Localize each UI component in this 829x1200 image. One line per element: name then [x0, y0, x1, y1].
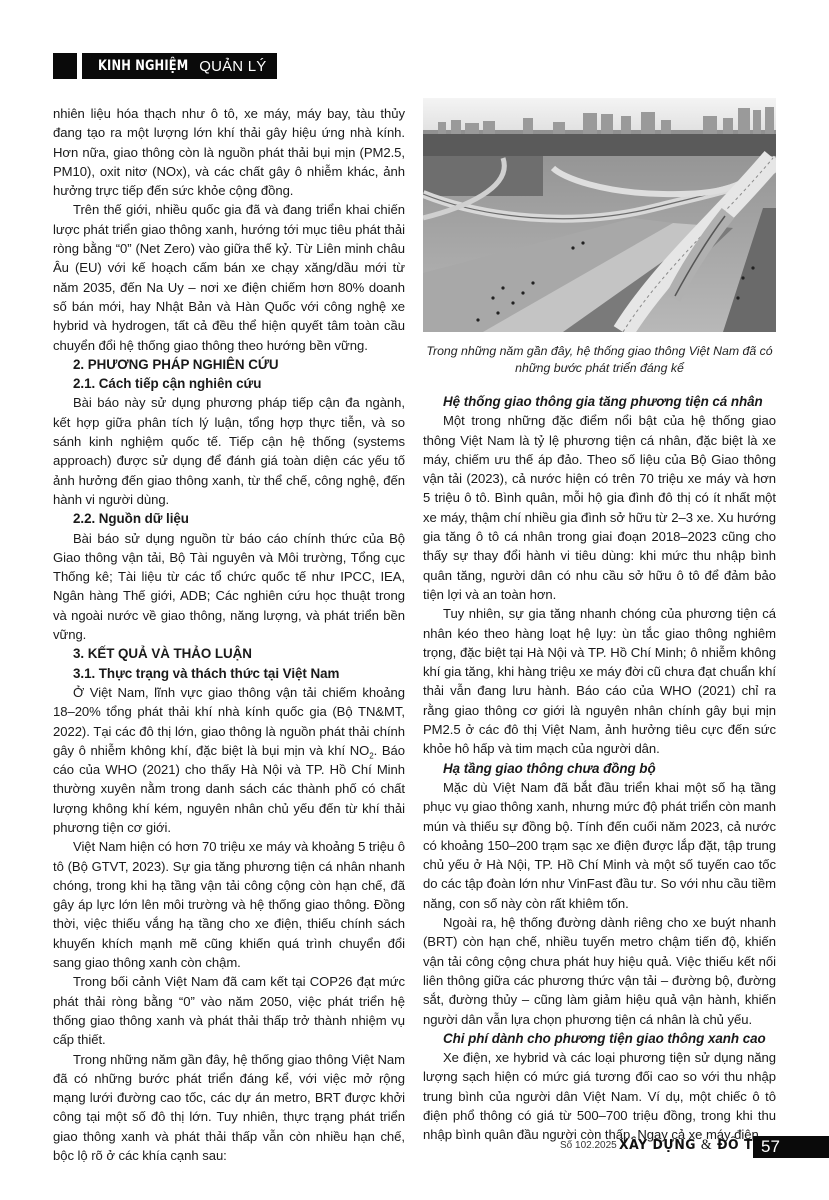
magazine-name: XÂY DỰNG & ĐÔ THỊ — [619, 1137, 769, 1154]
paragraph: Việt Nam hiện có hơn 70 triệu xe máy và … — [53, 837, 405, 972]
paragraph: Trên thế giới, nhiều quốc gia đã và đang… — [53, 200, 405, 354]
highway-interchange-photo — [423, 98, 776, 332]
paragraph: Trong bối cảnh Việt Nam đã cam kết tại C… — [53, 972, 405, 1049]
paragraph: Bài báo này sử dụng phương pháp tiếp cận… — [53, 393, 405, 509]
header-marker-square — [53, 53, 77, 79]
subsection-heading: Chi phí dành cho phương tiện giao thông … — [423, 1029, 776, 1048]
magazine-name-part1: XÂY DỰNG — [619, 1137, 696, 1153]
paragraph: Một trong những đặc điểm nổi bật của hệ … — [423, 411, 776, 604]
page-number: 57 — [753, 1136, 829, 1158]
issue-number: Số 102.2025 — [560, 1140, 617, 1151]
paragraph: Ngoài ra, hệ thống đường dành riêng cho … — [423, 913, 776, 1029]
paragraph: nhiên liệu hóa thạch như ô tô, xe máy, m… — [53, 104, 405, 200]
paragraph: Trong những năm gần đây, hệ thống giao t… — [53, 1050, 405, 1166]
photo-caption: Trong những năm gần đây, hệ thống giao t… — [423, 343, 776, 377]
paragraph: Bài báo sử dụng nguồn từ báo cáo chính t… — [53, 529, 405, 645]
section-title-light: QUẢN LÝ — [199, 58, 266, 75]
paragraph: Tuy nhiên, sự gia tăng nhanh chóng của p… — [423, 604, 776, 758]
paragraph: Mặc dù Việt Nam đã bắt đầu triển khai mộ… — [423, 778, 776, 913]
paragraph: Ở Việt Nam, lĩnh vực giao thông vận tải … — [53, 683, 405, 837]
magazine-ampersand: & — [701, 1137, 712, 1153]
subsection-heading: 2.2. Nguồn dữ liệu — [53, 509, 405, 528]
section-heading: 2. PHƯƠNG PHÁP NGHIÊN CỨU — [53, 355, 405, 374]
right-column: Hệ thống giao thông gia tăng phương tiện… — [423, 392, 776, 1145]
left-column: nhiên liệu hóa thạch như ô tô, xe máy, m… — [53, 104, 405, 1165]
subsection-heading: 2.1. Cách tiếp cận nghiên cứu — [53, 374, 405, 393]
section-title-strong: KINH NGHIỆM — [98, 58, 188, 74]
paragraph: Xe điện, xe hybrid và các loại phương ti… — [423, 1048, 776, 1144]
subsection-heading: 3.1. Thực trạng và thách thức tại Việt N… — [53, 664, 405, 683]
paragraph-text: Ở Việt Nam, lĩnh vực giao thông vận tải … — [53, 685, 405, 758]
subsection-heading: Hạ tầng giao thông chưa đồng bộ — [423, 759, 776, 778]
section-header: KINH NGHIỆM QUẢN LÝ — [82, 53, 277, 79]
section-heading: 3. KẾT QUẢ VÀ THẢO LUẬN — [53, 644, 405, 663]
subsection-heading: Hệ thống giao thông gia tăng phương tiện… — [423, 392, 776, 411]
